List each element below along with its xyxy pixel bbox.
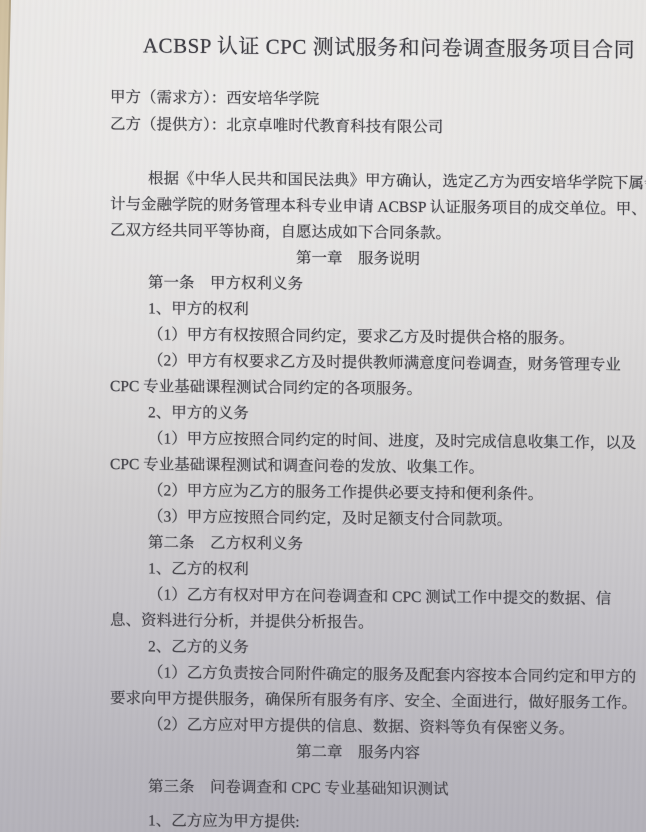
- contract-photo: ACBSP 认证 CPC 测试服务和问卷调查服务项目合同 甲方（需求方）：西安培…: [0, 0, 646, 832]
- desk-edge: [0, 0, 11, 600]
- clause-3-heading: 第三条 问卷调查和 CPC 专业基础知识测试: [110, 774, 632, 805]
- contract-line: 1、乙方应为甲方提供:: [110, 808, 632, 832]
- chapter-2-heading: 第二章 服务内容: [110, 738, 632, 769]
- contract-title: ACBSP 认证 CPC 测试服务和问卷调查服务项目合同: [128, 30, 646, 65]
- contract-line: （2）乙方应对甲方提供的信息、数据、资料等负有保密义务。: [110, 712, 632, 743]
- party-b-line: 乙方（提供方）：北京卓唯时代教育科技有限公司: [110, 111, 632, 143]
- contract-page: ACBSP 认证 CPC 测试服务和问卷调查服务项目合同 甲方（需求方）：西安培…: [110, 30, 632, 832]
- preamble-line: 乙双方经共同平等协商，自愿达成如下合同条款。: [110, 218, 632, 249]
